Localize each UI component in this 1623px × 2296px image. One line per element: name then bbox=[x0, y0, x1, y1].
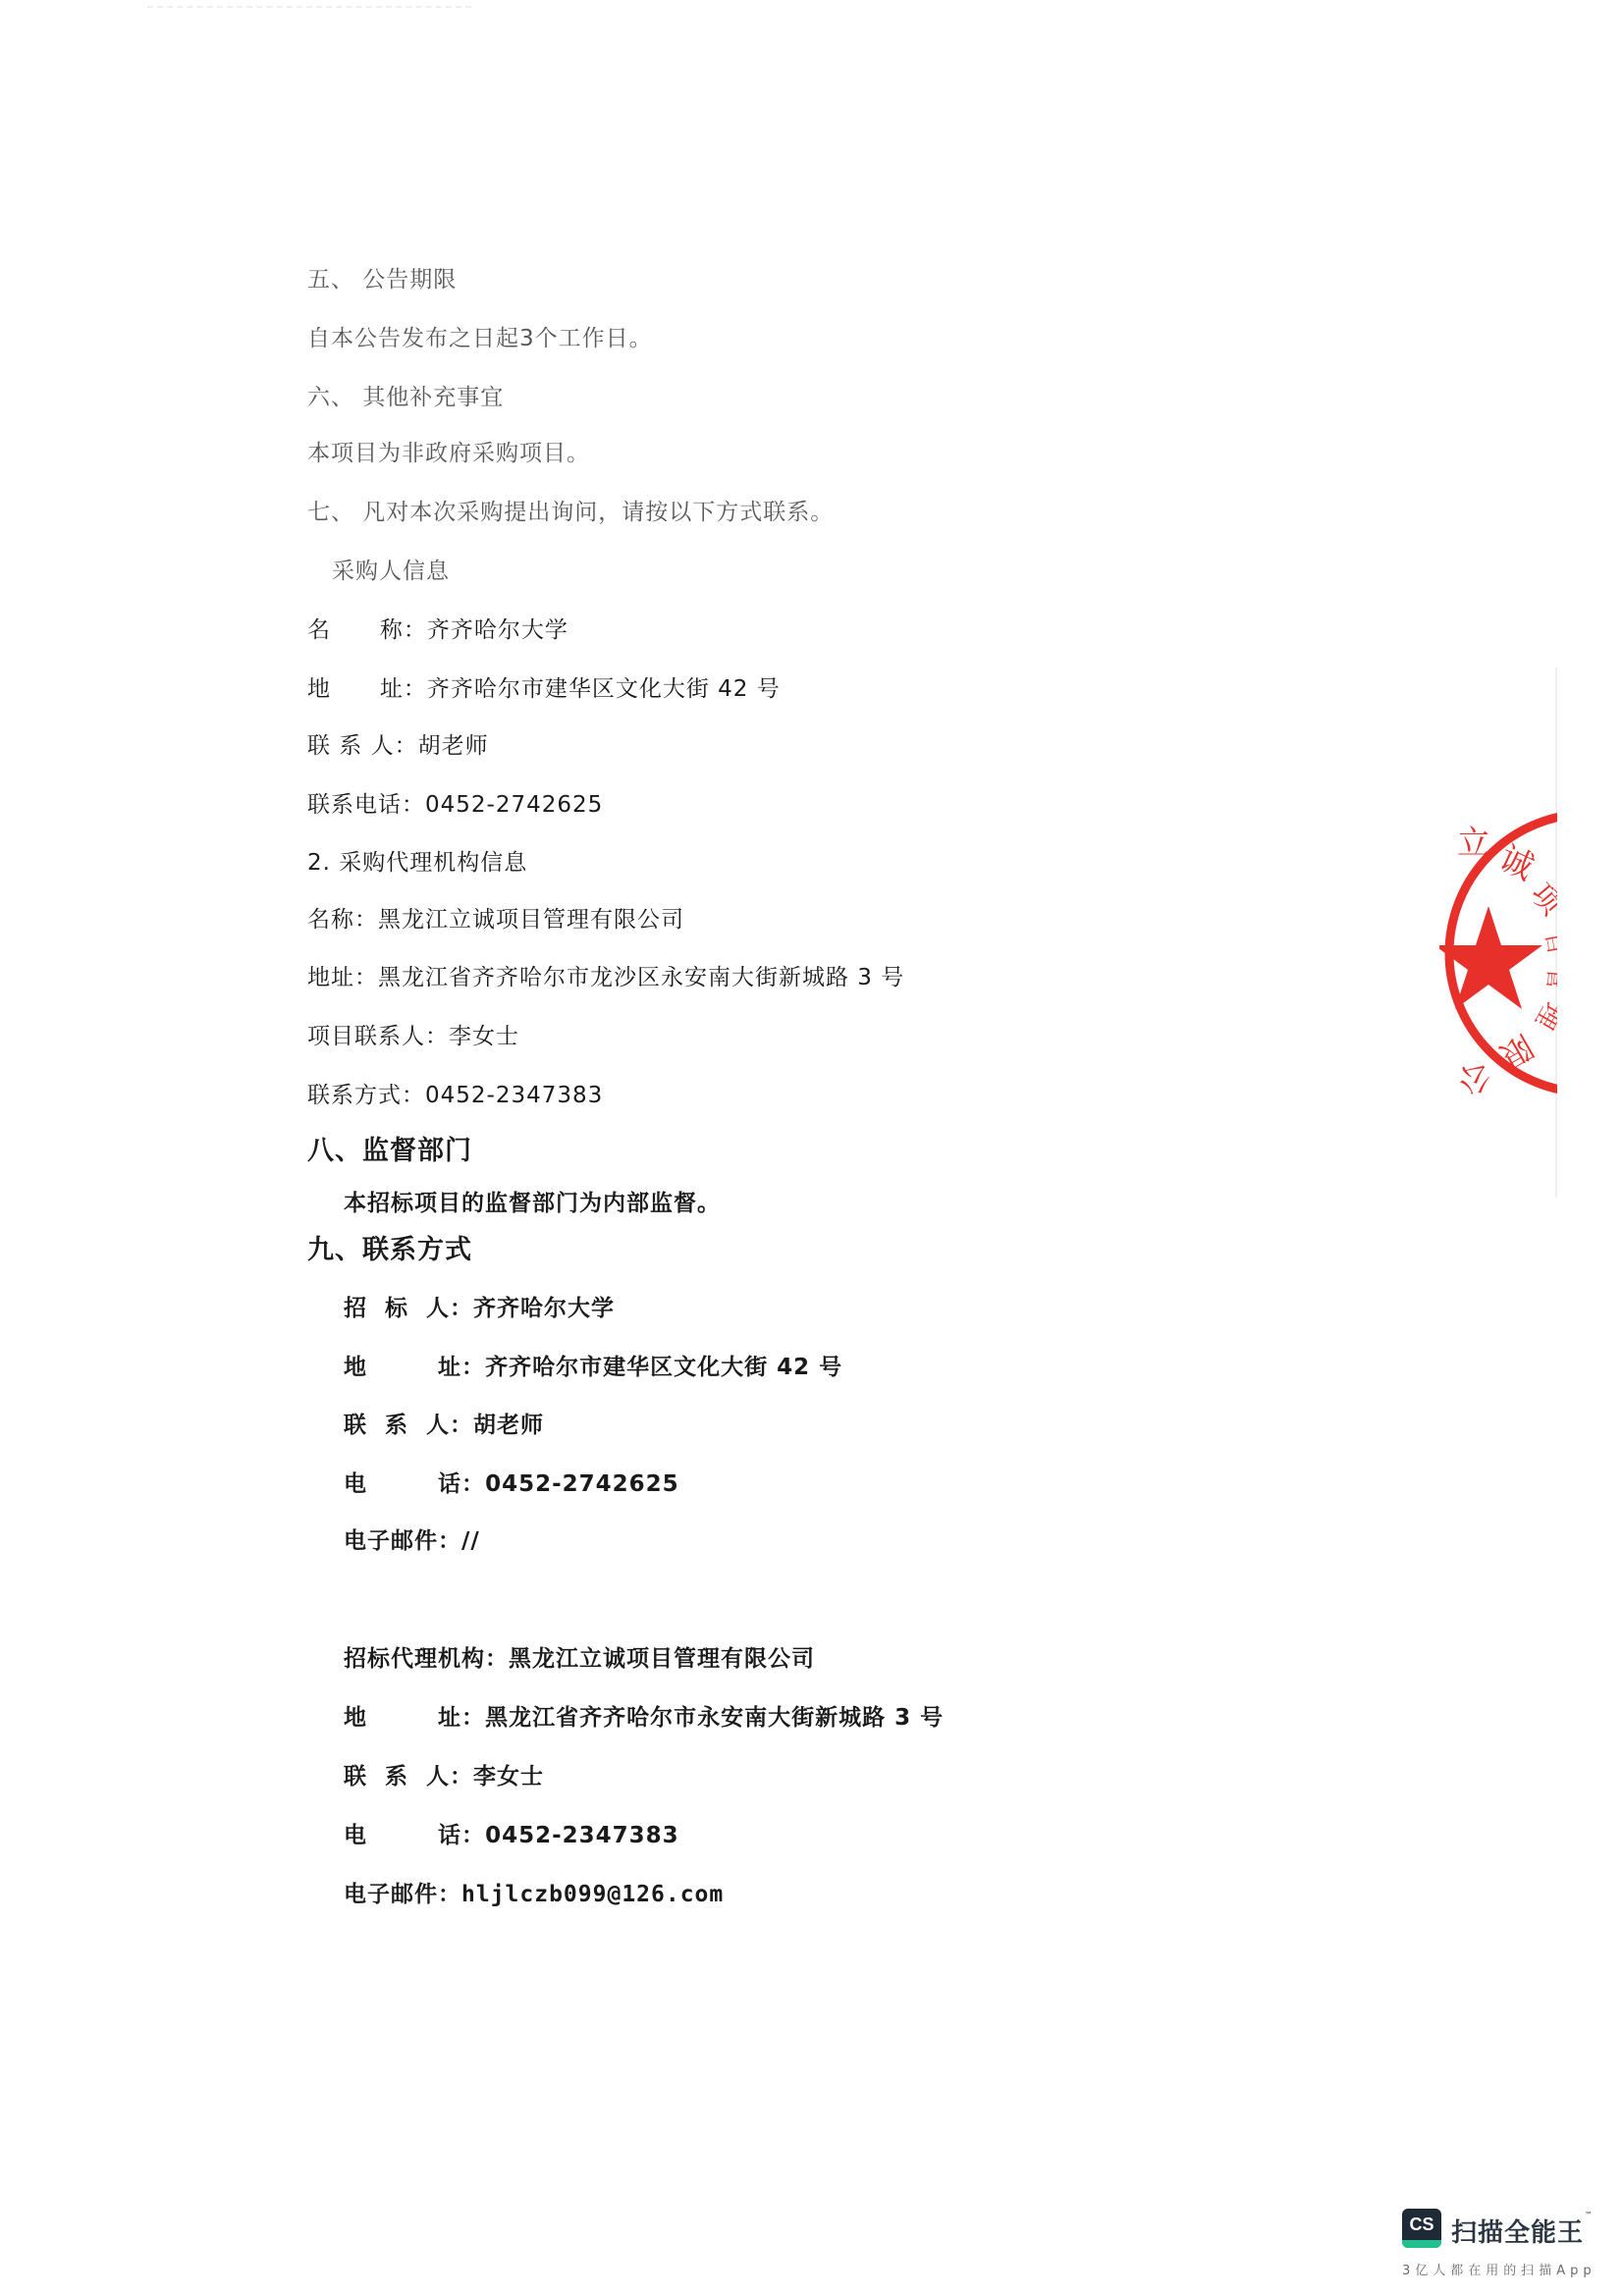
agency-block-phone: 0452-2347383 bbox=[485, 1823, 679, 1848]
purchaser-name: 名 称：齐齐哈尔大学 bbox=[307, 615, 568, 645]
tenderer-name-label: 招 标 人： bbox=[344, 1296, 473, 1321]
section8-body: 本招标项目的监督部门为内部监督。 bbox=[344, 1189, 721, 1218]
tenderer-phone-row: 电 话：0452-2742625 bbox=[344, 1469, 679, 1499]
tenderer-name-row: 招 标 人：齐齐哈尔大学 bbox=[344, 1294, 615, 1323]
agency-block-email-label: 电子邮件： bbox=[344, 1882, 461, 1907]
seal-graphic: 立 诚 项 目 管 理 限 公 bbox=[1439, 803, 1557, 1103]
svg-text:理: 理 bbox=[1529, 997, 1557, 1035]
svg-text:公: 公 bbox=[1457, 1059, 1491, 1099]
section7-heading: 七、 凡对本次采购提出询问，请按以下方式联系。 bbox=[307, 498, 834, 527]
app-name: 扫描全能王 bbox=[1451, 2213, 1584, 2249]
svg-text:项: 项 bbox=[1524, 878, 1557, 923]
purchaser-address: 地 址：齐齐哈尔市建华区文化大街 42 号 bbox=[307, 674, 781, 704]
tenderer-address: 齐齐哈尔市建华区文化大街 42 号 bbox=[485, 1355, 842, 1380]
tenderer-email-row: 电子邮件：// bbox=[344, 1526, 480, 1556]
agency-block-contact: 李女士 bbox=[473, 1764, 544, 1789]
tenderer-contact-row: 联 系 人：胡老师 bbox=[344, 1411, 544, 1440]
cs-badge-text: CS bbox=[1402, 2215, 1441, 2235]
purchaser-phone: 联系电话：0452-2742625 bbox=[307, 790, 603, 820]
tenderer-contact-label: 联 系 人： bbox=[344, 1413, 473, 1438]
agency-name: 名称：黑龙江立诚项目管理有限公司 bbox=[307, 905, 684, 934]
tenderer-email-label: 电子邮件： bbox=[344, 1528, 461, 1554]
agency-block-contact-label: 联 系 人： bbox=[344, 1764, 473, 1789]
tenderer-address-label: 地 址： bbox=[344, 1355, 485, 1380]
tenderer-phone-label: 电 话： bbox=[344, 1471, 485, 1497]
agency-project-contact: 项目联系人：李女士 bbox=[307, 1022, 519, 1051]
agency-block-phone-label: 电 话： bbox=[344, 1823, 485, 1848]
purchaser-contact: 联 系 人：胡老师 bbox=[307, 731, 489, 761]
agency-address: 地址：黑龙江省齐齐哈尔市龙沙区永安南大街新城路 3 号 bbox=[307, 963, 904, 992]
purchaser-info-heading: 采购人信息 bbox=[332, 557, 450, 586]
tenderer-phone: 0452-2742625 bbox=[485, 1471, 679, 1497]
section8-heading: 八、监督部门 bbox=[307, 1137, 472, 1166]
section9-heading: 九、联系方式 bbox=[307, 1236, 472, 1265]
cs-logo-icon: CS bbox=[1402, 2209, 1441, 2248]
section5-heading: 五、 公告期限 bbox=[307, 265, 457, 294]
tenderer-email: // bbox=[461, 1528, 480, 1554]
top-cutoff-line bbox=[147, 0, 471, 8]
app-tagline: 3亿人都在用的扫描App bbox=[1402, 2260, 1596, 2278]
section6-body: 本项目为非政府采购项目。 bbox=[307, 439, 590, 468]
cs-accent-bar bbox=[1402, 2240, 1441, 2248]
agency-block-contact-row: 联 系 人：李女士 bbox=[344, 1762, 544, 1791]
agency-block-email: hljlczb099@126.com bbox=[461, 1882, 724, 1907]
agency-block-address-row: 地 址：黑龙江省齐齐哈尔市永安南大街新城路 3 号 bbox=[344, 1703, 944, 1733]
tenderer-name: 齐齐哈尔大学 bbox=[473, 1296, 615, 1321]
agency-block-phone-row: 电 话：0452-2347383 bbox=[344, 1821, 679, 1850]
agency-block-address-label: 地 址： bbox=[344, 1705, 485, 1731]
agency-info-heading: 2. 采购代理机构信息 bbox=[307, 848, 527, 878]
svg-text:目: 目 bbox=[1540, 931, 1557, 956]
section6-heading: 六、 其他补充事宜 bbox=[307, 383, 504, 412]
svg-text:管: 管 bbox=[1542, 967, 1557, 990]
trademark-mark: ™ bbox=[1585, 2211, 1593, 2219]
svg-text:立: 立 bbox=[1457, 824, 1490, 863]
company-seal: 立 诚 项 目 管 理 限 公 bbox=[1439, 803, 1557, 1103]
agency-block-name: 黑龙江立诚项目管理有限公司 bbox=[509, 1646, 815, 1672]
agency-block-name-label: 招标代理机构： bbox=[344, 1646, 509, 1672]
agency-phone: 联系方式：0452-2347383 bbox=[307, 1081, 603, 1110]
agency-block-address: 黑龙江省齐齐哈尔市永安南大街新城路 3 号 bbox=[485, 1705, 944, 1731]
scanner-watermark: CS 扫描全能王 ™ 3亿人都在用的扫描App bbox=[1402, 2209, 1608, 2287]
svg-text:限: 限 bbox=[1493, 1027, 1540, 1075]
tenderer-address-row: 地 址：齐齐哈尔市建华区文化大街 42 号 bbox=[344, 1353, 842, 1382]
tenderer-contact: 胡老师 bbox=[473, 1413, 544, 1438]
section5-body: 自本公告发布之日起3个工作日。 bbox=[307, 324, 653, 353]
agency-block-email-row: 电子邮件：hljlczb099@126.com bbox=[344, 1880, 724, 1909]
agency-block-name-row: 招标代理机构：黑龙江立诚项目管理有限公司 bbox=[344, 1644, 815, 1674]
